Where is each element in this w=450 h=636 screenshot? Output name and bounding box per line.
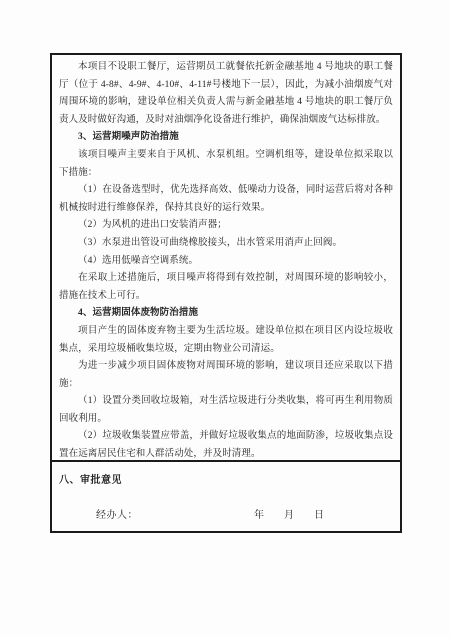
scanned-document-page: 本项目不设职工餐厅，运营期员工就餐依托新金融基地 4 号地块的职工餐厅（位于 4…: [0, 0, 450, 636]
paragraph: 该项目噪声主要来自于风机、水泵机组。空调机组等，建设单位拟采取以下措施：: [59, 147, 393, 182]
paragraph: 项目产生的固体废弃物主要为生活垃圾。建设单位拟在项目区内设垃圾收集点，采用垃圾桶…: [59, 323, 393, 358]
paragraph: （2）垃圾收集装置应带盖，并做好垃圾收集点的地面防渗，垃圾收集点设置在远离居民住…: [59, 428, 393, 462]
paragraph: （1）在设备选型时，优先选择高效、低噪动力设备，同时运营后将对各种机械按时进行维…: [59, 182, 393, 217]
content-paragraphs: 本项目不设职工餐厅，运营期员工就餐依托新金融基地 4 号地块的职工餐厅（位于 4…: [59, 59, 393, 462]
section-heading: 4、运营期固体废物防治措施: [59, 305, 393, 323]
paragraph: （4）选用低噪音空调系统。: [59, 253, 393, 271]
report-form-table: 本项目不设职工餐厅，运营期员工就餐依托新金融基地 4 号地块的职工餐厅（位于 4…: [50, 53, 402, 533]
paragraph: 在采取上述措施后，项目噪声将得到有效控制，对周围环境的影响较小，措施在技术上可行…: [59, 270, 393, 305]
section-heading: 3、运营期噪声防治措施: [59, 129, 393, 147]
date-day-label: 日: [314, 506, 324, 521]
handler-label: 经办人：: [96, 506, 138, 521]
date-fields: 年 月 日: [254, 506, 324, 521]
date-year-label: 年: [254, 506, 264, 521]
paragraph: 为进一步减少项目固体废物对周围环境的影响，建议项目还应采取以下措施：: [59, 358, 393, 393]
paragraph: 本项目不设职工餐厅，运营期员工就餐依托新金融基地 4 号地块的职工餐厅（位于 4…: [59, 59, 393, 129]
paragraph: （2）为风机的进出口安装消声器；: [59, 217, 393, 235]
approval-opinion-cell: 八、审批意见 经办人： 年 月 日: [52, 462, 400, 531]
approval-section-heading: 八、审批意见: [59, 471, 393, 486]
paragraph: （1）设置分类回收垃圾箱，对生活垃圾进行分类收集，将可再生利用物质回收利用。: [59, 393, 393, 428]
measures-content-cell: 本项目不设职工餐厅，运营期员工就餐依托新金融基地 4 号地块的职工餐厅（位于 4…: [52, 55, 400, 462]
paragraph: （3）水泵进出管设可曲绕橡胶接头，出水管采用消声止回阀。: [59, 235, 393, 253]
signature-row: 经办人： 年 月 日: [59, 506, 393, 521]
date-month-label: 月: [284, 506, 294, 521]
